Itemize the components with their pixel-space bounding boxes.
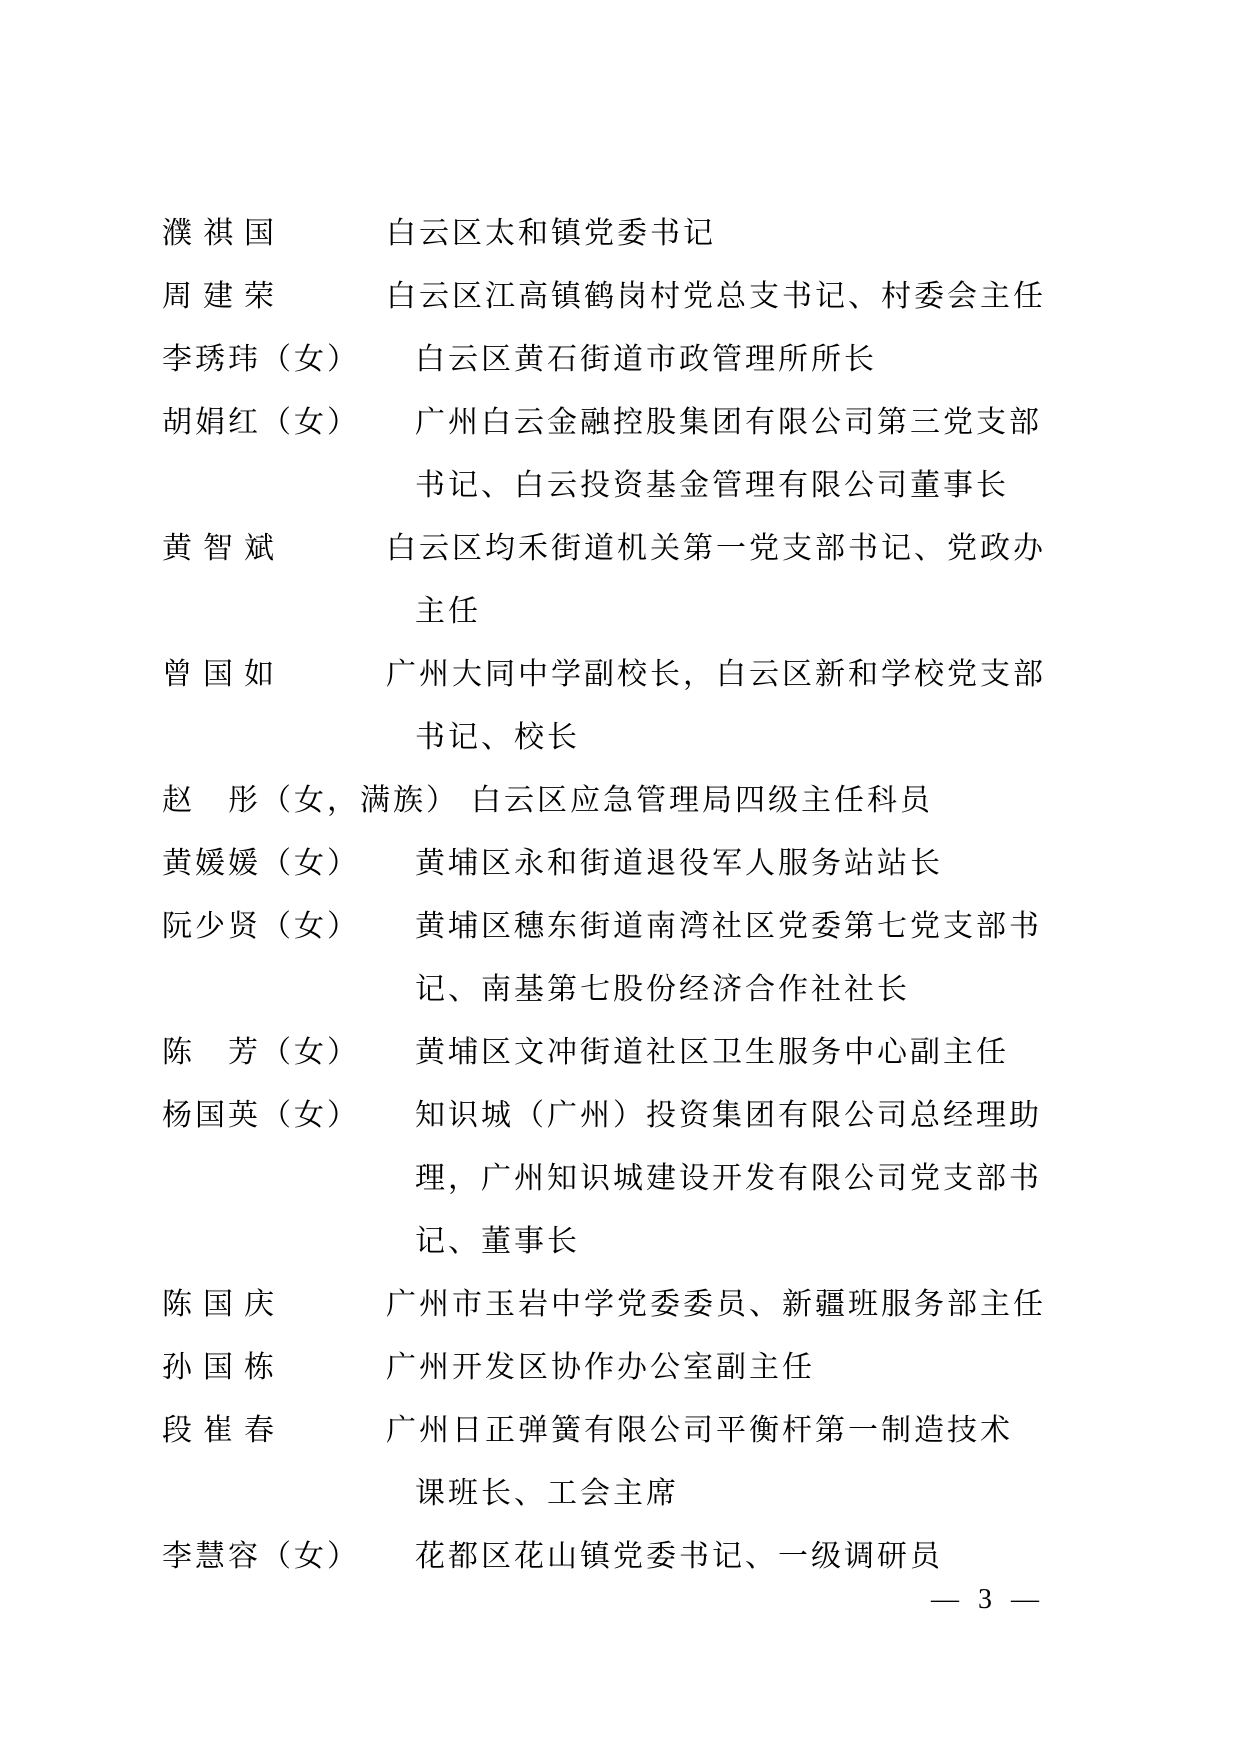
person-name-text: 黄智斌 xyxy=(162,532,285,565)
person-position: 花都区花山镇党委书记、一级调研员 xyxy=(386,1525,1095,1588)
person-note: （女） xyxy=(261,847,360,880)
person-name: 阮少贤（女） xyxy=(162,895,386,958)
position-line: 黄埔区穗东街道南湾社区党委第七党支部书 xyxy=(415,895,1095,958)
position-line-continued: 书记、校长 xyxy=(415,706,1095,769)
position-line: 花都区花山镇党委书记、一级调研员 xyxy=(415,1525,1095,1588)
position-line-continued: 记、董事长 xyxy=(415,1210,1095,1273)
person-position: 广州大同中学副校长，白云区新和学校党支部书记、校长 xyxy=(386,643,1095,769)
position-line: 白云区均禾街道机关第一党支部书记、党政办 xyxy=(386,517,1095,580)
document-page: 濮祺国白云区太和镇党委书记周建荣白云区江高镇鹤岗村党总支书记、村委会主任李琇玮（… xyxy=(0,0,1240,1754)
person-position: 白云区太和镇党委书记 xyxy=(386,202,1095,265)
person-name-text: 阮少贤 xyxy=(162,910,261,943)
position-line-continued: 课班长、工会主席 xyxy=(415,1462,1095,1525)
person-name: 赵 彤（女，满族） xyxy=(162,769,459,832)
person-name-text: 胡娟红 xyxy=(162,406,261,439)
position-line-continued: 记、南基第七股份经济合作社社长 xyxy=(415,958,1095,1021)
position-line: 广州开发区协作办公室副主任 xyxy=(386,1336,1095,1399)
person-name-text: 赵 彤 xyxy=(162,784,261,817)
roster-entry: 段崔春广州日正弹簧有限公司平衡杆第一制造技术课班长、工会主席 xyxy=(162,1399,1095,1525)
roster-entry: 曾国如广州大同中学副校长，白云区新和学校党支部书记、校长 xyxy=(162,643,1095,769)
person-note: （女） xyxy=(261,1099,360,1132)
roster-entry: 胡娟红（女）广州白云金融控股集团有限公司第三党支部书记、白云投资基金管理有限公司… xyxy=(162,391,1095,517)
roster-entry: 周建荣白云区江高镇鹤岗村党总支书记、村委会主任 xyxy=(162,265,1095,328)
person-name-text: 杨国英 xyxy=(162,1099,261,1132)
person-name: 濮祺国 xyxy=(162,202,386,265)
roster-list: 濮祺国白云区太和镇党委书记周建荣白云区江高镇鹤岗村党总支书记、村委会主任李琇玮（… xyxy=(162,202,1095,1588)
position-line-continued: 理，广州知识城建设开发有限公司党支部书 xyxy=(415,1147,1095,1210)
person-name-text: 陈国庆 xyxy=(162,1288,285,1321)
position-line-continued: 主任 xyxy=(415,580,1095,643)
position-line: 白云区应急管理局四级主任科员 xyxy=(471,769,1095,832)
person-name: 李慧容（女） xyxy=(162,1525,386,1588)
roster-entry: 孙国栋广州开发区协作办公室副主任 xyxy=(162,1336,1095,1399)
person-name-text: 孙国栋 xyxy=(162,1351,285,1384)
position-line: 广州大同中学副校长，白云区新和学校党支部 xyxy=(386,643,1095,706)
person-position: 白云区黄石街道市政管理所所长 xyxy=(386,328,1095,391)
person-position: 广州市玉岩中学党委委员、新疆班服务部主任 xyxy=(386,1273,1095,1336)
person-name: 周建荣 xyxy=(162,265,386,328)
person-name: 杨国英（女） xyxy=(162,1084,386,1147)
position-line: 广州市玉岩中学党委委员、新疆班服务部主任 xyxy=(386,1273,1095,1336)
person-note: （女） xyxy=(261,343,360,376)
person-name: 黄智斌 xyxy=(162,517,386,580)
person-note: （女） xyxy=(261,910,360,943)
person-position: 白云区应急管理局四级主任科员 xyxy=(459,769,1095,832)
position-line: 黄埔区文冲街道社区卫生服务中心副主任 xyxy=(415,1021,1095,1084)
roster-entry: 陈国庆广州市玉岩中学党委委员、新疆班服务部主任 xyxy=(162,1273,1095,1336)
person-name: 胡娟红（女） xyxy=(162,391,386,454)
person-note: （女） xyxy=(261,1540,360,1573)
position-line: 知识城（广州）投资集团有限公司总经理助 xyxy=(415,1084,1095,1147)
position-line: 黄埔区永和街道退役军人服务站站长 xyxy=(415,832,1095,895)
person-position: 黄埔区文冲街道社区卫生服务中心副主任 xyxy=(386,1021,1095,1084)
person-name: 黄媛媛（女） xyxy=(162,832,386,895)
person-position: 白云区均禾街道机关第一党支部书记、党政办主任 xyxy=(386,517,1095,643)
person-position: 白云区江高镇鹤岗村党总支书记、村委会主任 xyxy=(386,265,1095,328)
person-name: 李琇玮（女） xyxy=(162,328,386,391)
position-line-continued: 书记、白云投资基金管理有限公司董事长 xyxy=(415,454,1095,517)
roster-entry: 杨国英（女）知识城（广州）投资集团有限公司总经理助理，广州知识城建设开发有限公司… xyxy=(162,1084,1095,1273)
roster-entry: 黄智斌白云区均禾街道机关第一党支部书记、党政办主任 xyxy=(162,517,1095,643)
person-name-text: 李慧容 xyxy=(162,1540,261,1573)
person-note: （女，满族） xyxy=(261,784,459,817)
position-line: 广州白云金融控股集团有限公司第三党支部 xyxy=(415,391,1095,454)
roster-entry: 阮少贤（女）黄埔区穗东街道南湾社区党委第七党支部书记、南基第七股份经济合作社社长 xyxy=(162,895,1095,1021)
page-number: — 3 — xyxy=(931,1582,1045,1618)
person-note: （女） xyxy=(261,406,360,439)
person-position: 广州开发区协作办公室副主任 xyxy=(386,1336,1095,1399)
person-name-text: 段崔春 xyxy=(162,1414,285,1447)
person-name: 段崔春 xyxy=(162,1399,386,1462)
person-position: 知识城（广州）投资集团有限公司总经理助理，广州知识城建设开发有限公司党支部书记、… xyxy=(386,1084,1095,1273)
person-name: 陈 芳（女） xyxy=(162,1021,386,1084)
person-name-text: 周建荣 xyxy=(162,280,285,313)
roster-entry: 赵 彤（女，满族）白云区应急管理局四级主任科员 xyxy=(162,769,1095,832)
position-line: 白云区太和镇党委书记 xyxy=(386,202,1095,265)
roster-entry: 濮祺国白云区太和镇党委书记 xyxy=(162,202,1095,265)
person-note: （女） xyxy=(261,1036,360,1069)
person-position: 广州日正弹簧有限公司平衡杆第一制造技术课班长、工会主席 xyxy=(386,1399,1095,1525)
person-name-text: 李琇玮 xyxy=(162,343,261,376)
person-name-text: 黄媛媛 xyxy=(162,847,261,880)
roster-entry: 李琇玮（女）白云区黄石街道市政管理所所长 xyxy=(162,328,1095,391)
roster-entry: 陈 芳（女）黄埔区文冲街道社区卫生服务中心副主任 xyxy=(162,1021,1095,1084)
person-position: 黄埔区永和街道退役军人服务站站长 xyxy=(386,832,1095,895)
person-name-text: 濮祺国 xyxy=(162,217,285,250)
roster-entry: 李慧容（女）花都区花山镇党委书记、一级调研员 xyxy=(162,1525,1095,1588)
position-line: 白云区黄石街道市政管理所所长 xyxy=(415,328,1095,391)
person-name-text: 曾国如 xyxy=(162,658,285,691)
person-name: 陈国庆 xyxy=(162,1273,386,1336)
person-name: 曾国如 xyxy=(162,643,386,706)
person-name-text: 陈 芳 xyxy=(162,1036,261,1069)
person-position: 黄埔区穗东街道南湾社区党委第七党支部书记、南基第七股份经济合作社社长 xyxy=(386,895,1095,1021)
position-line: 白云区江高镇鹤岗村党总支书记、村委会主任 xyxy=(386,265,1095,328)
person-position: 广州白云金融控股集团有限公司第三党支部书记、白云投资基金管理有限公司董事长 xyxy=(386,391,1095,517)
roster-entry: 黄媛媛（女）黄埔区永和街道退役军人服务站站长 xyxy=(162,832,1095,895)
position-line: 广州日正弹簧有限公司平衡杆第一制造技术 xyxy=(386,1399,1095,1462)
person-name: 孙国栋 xyxy=(162,1336,386,1399)
